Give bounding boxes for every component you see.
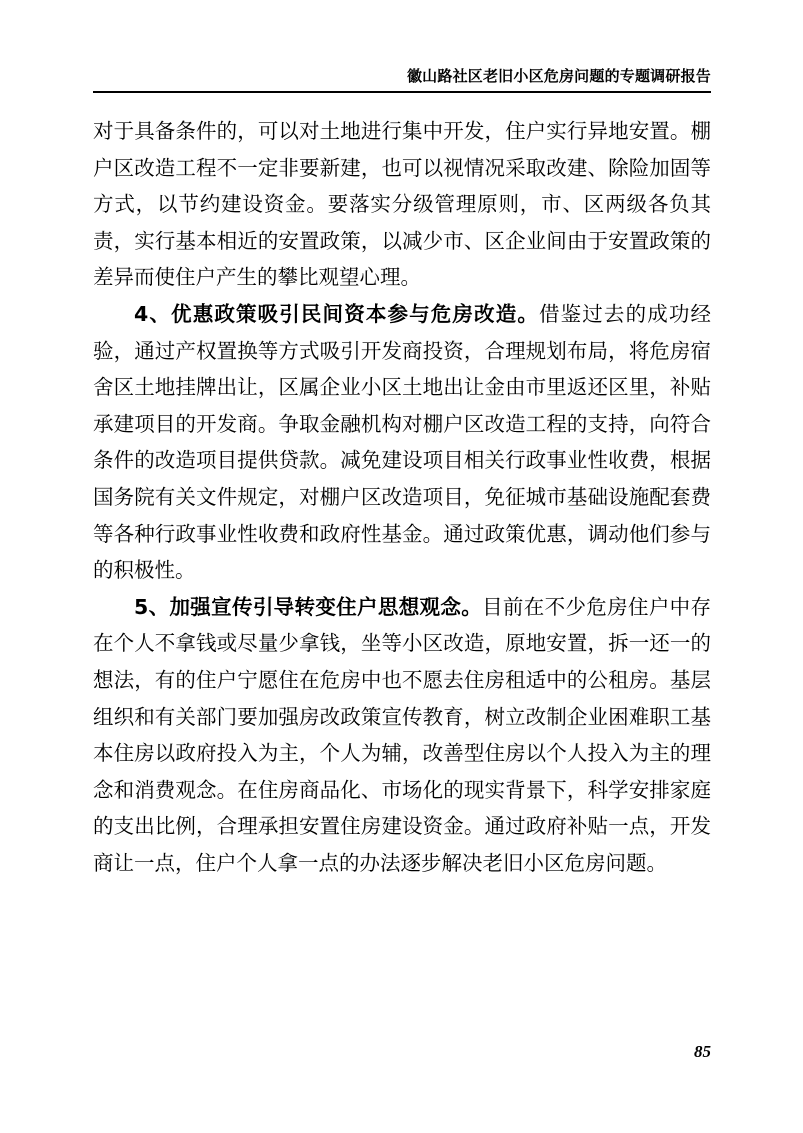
paragraph-2: 4、优惠政策吸引民间资本参与危房改造。借鉴过去的成功经验，通过产权置换等方式吸引… bbox=[93, 296, 711, 589]
paragraph-1: 对于具备条件的，可以对土地进行集中开发，住户实行异地安置。棚户区改造工程不一定非… bbox=[93, 113, 711, 296]
paragraph-1-text: 对于具备条件的，可以对土地进行集中开发，住户实行异地安置。棚户区改造工程不一定非… bbox=[93, 119, 711, 289]
paragraph-2-heading: 4、优惠政策吸引民间资本参与危房改造。 bbox=[134, 302, 539, 326]
page-number: 85 bbox=[680, 1042, 711, 1062]
header-rule bbox=[93, 91, 711, 93]
paragraph-3-heading: 5、加强宣传引导转变住户思想观念。 bbox=[134, 595, 482, 619]
paragraph-3-text: 目前在不少危房住户中存在个人不拿钱或尽量少拿钱，坐等小区改造，原地安置，拆一还一… bbox=[93, 595, 711, 875]
body-text: 对于具备条件的，可以对土地进行集中开发，住户实行异地安置。棚户区改造工程不一定非… bbox=[93, 113, 711, 881]
paragraph-2-text: 借鉴过去的成功经验，通过产权置换等方式吸引开发商投资，合理规划布局，将危房宿舍区… bbox=[93, 302, 711, 582]
paragraph-3: 5、加强宣传引导转变住户思想观念。目前在不少危房住户中存在个人不拿钱或尽量少拿钱… bbox=[93, 589, 711, 882]
running-header-title: 徽山路社区老旧小区危房问题的专题调研报告 bbox=[93, 66, 711, 86]
